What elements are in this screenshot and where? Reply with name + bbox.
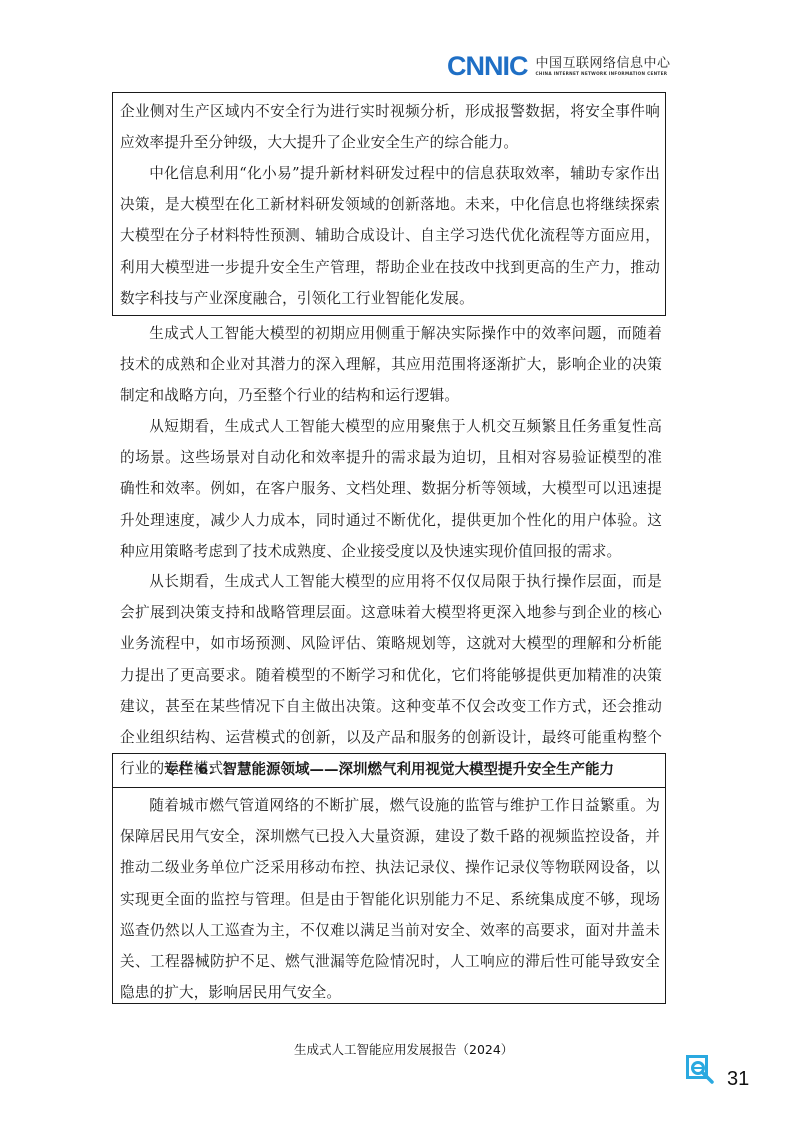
box1-paragraph-2: 中化信息利用“化小易”提升新材料研发过程中的信息获取效率，辅助专家作出决策，是大…	[120, 158, 660, 314]
body-paragraph-3: 从长期看，生成式人工智能大模型的应用将不仅仅局限于执行操作层面，而是会扩展到决策…	[120, 566, 662, 784]
cnnic-org-name: 中国互联网络信息中心 CHINA INTERNET NETWORK INFORM…	[536, 56, 671, 77]
cnnic-logo: CNNIC 中国互联网络信息中心 CHINA INTERNET NETWORK …	[447, 52, 671, 80]
org-name-en: CHINA INTERNET NETWORK INFORMATION CENTE…	[536, 71, 671, 77]
body-paragraph-2: 从短期看，生成式人工智能大模型的应用聚焦于人机交互频繁且任务重复性高的场景。这些…	[120, 411, 662, 567]
page-number: 31	[727, 1068, 749, 1090]
box1-paragraph-1: 企业侧对生产区域内不安全行为进行实时视频分析，形成报警数据，将安全事件响应效率提…	[120, 96, 660, 158]
column-box-title: 专栏 6：智慧能源领域——深圳燃气利用视觉大模型提升安全生产能力	[113, 754, 665, 788]
report-title: 生成式人工智能应用发展报告（2024）	[294, 1040, 513, 1058]
body-paragraph-1: 生成式人工智能大模型的初期应用侧重于解决实际操作中的效率问题，而随着技术的成熟和…	[120, 318, 662, 412]
box2-paragraph-1: 随着城市燃气管道网络的不断扩展，燃气设施的监管与维护工作日益繁重。为保障居民用气…	[120, 790, 660, 1008]
cnnic-logo-word: CNNIC	[447, 52, 528, 80]
magnifier-e-icon	[686, 1055, 714, 1084]
org-name-cn: 中国互联网络信息中心	[536, 56, 671, 71]
